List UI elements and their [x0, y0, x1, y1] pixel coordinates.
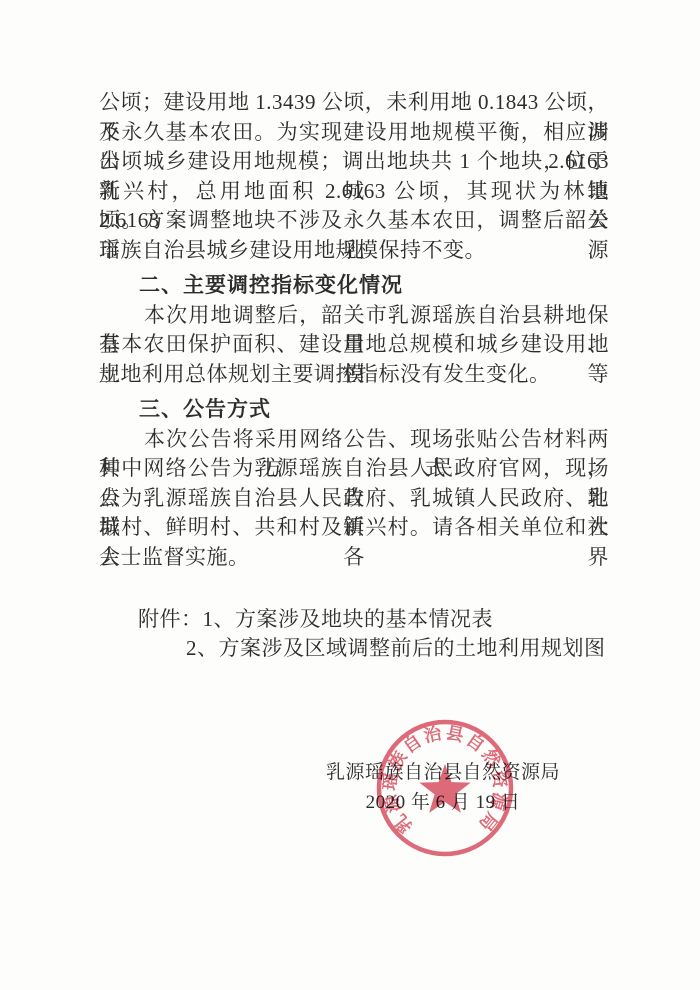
attachments-block: 附件：1、方案涉及地块的基本情况表 2、方案涉及区域调整前后的土地利用规划图	[99, 605, 609, 664]
attachment-line: 附件：1、方案涉及地块的基本情况表	[99, 605, 609, 635]
attachments-label: 附件：	[138, 607, 203, 631]
body-line: 点为乳源瑶族自治县人民政府、乳城镇人民政府、乳城镇大	[99, 484, 609, 514]
signature-block: 乳源瑶族自治县自然资源局 2020 年 6 月 19 日	[321, 758, 565, 817]
body-line: 群村、鲜明村、共和村及新兴村。请各相关单位和社会各界	[99, 513, 609, 543]
attachment-item-2: 2、方案涉及区域调整前后的土地利用规划图	[99, 634, 609, 664]
body-line: 土地利用总体规划主要调控指标没有发生变化。	[99, 360, 609, 390]
body-line: 其中网络公告为乳源瑶族自治县人民政府官网，现场公告地	[99, 454, 609, 484]
issuer-name: 乳源瑶族自治县自然资源局	[321, 758, 565, 788]
body-line: 顷。方案调整地块不涉及永久基本农田，调整后韶关市乳源	[99, 206, 609, 236]
body-line: 新兴村，总用地面积 2.6163 公顷，其现状为林地 2.6163 公	[99, 177, 609, 207]
document-page: 公顷；建设用地 1.3439 公顷，未利用地 0.1843 公顷，不涉 及永久基…	[0, 0, 700, 990]
document-body: 公顷；建设用地 1.3439 公顷，未利用地 0.1843 公顷，不涉 及永久基…	[99, 88, 609, 817]
attachment-item-1: 1、方案涉及地块的基本情况表	[203, 607, 494, 631]
section3-heading: 三、公告方式	[99, 395, 609, 425]
issue-date: 2020 年 6 月 19 日	[321, 788, 565, 818]
body-line: 本次用地调整后，韶关市乳源瑶族自治县耕地保有量、	[99, 301, 609, 331]
section2-heading: 二、主要调控指标变化情况	[99, 271, 609, 301]
body-line: 公顷；建设用地 1.3439 公顷，未利用地 0.1843 公顷，不涉	[99, 88, 609, 118]
body-line: 公顷城乡建设用地规模；调出地块共 1 个地块，位于乳城镇	[99, 147, 609, 177]
body-line: 本次公告将采用网络公告、现场张贴公告材料两种方式，	[99, 425, 609, 455]
body-line: 基本农田保护面积、建设用地总规模和城乡建设用地规模等	[99, 330, 609, 360]
body-line: 及永久基本农田。为实现建设用地规模平衡，相应调出 2.6163	[99, 118, 609, 148]
